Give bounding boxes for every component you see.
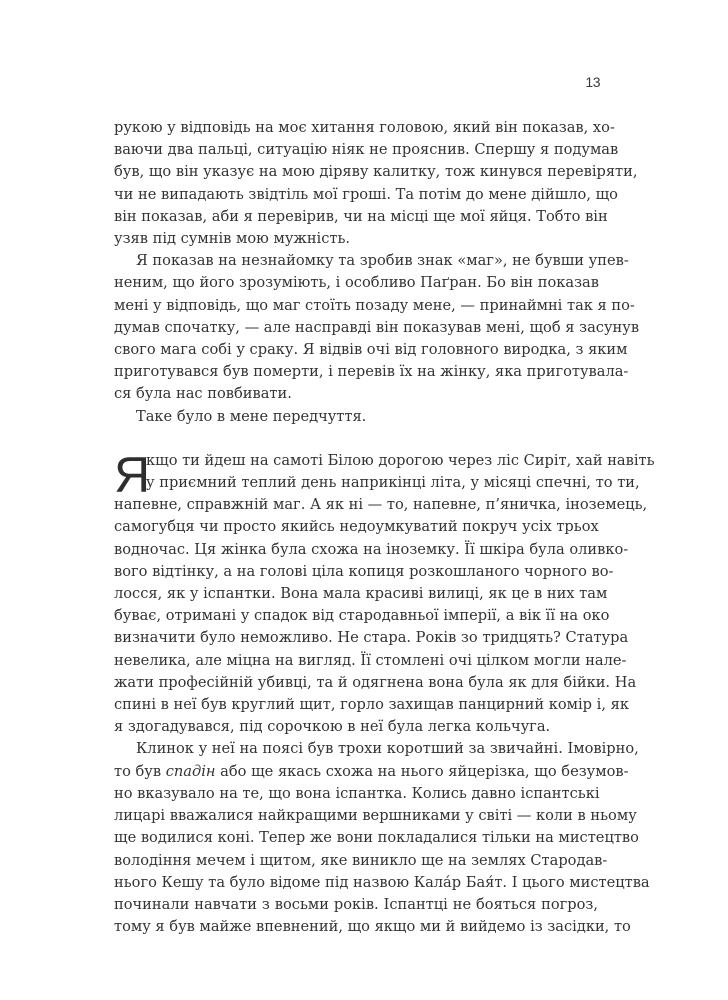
text-line: у приємний теплий день наприкінці літа, … xyxy=(114,472,598,494)
text-line: кщо ти йдеш на самоті Білою дорогою чере… xyxy=(114,450,598,472)
text-line: буває, отримані у спадок від стародавньо… xyxy=(114,605,598,627)
text-line: неним, що його зрозуміють, і особливо Па… xyxy=(114,272,598,294)
paragraph-3: Таке було в мене передчуття. xyxy=(114,406,598,428)
book-page: 13 рукою у відповідь на моє хитання голо… xyxy=(0,0,728,1000)
text-line: напевне, справжній маг. А як ні — то, на… xyxy=(114,494,598,516)
body-text: рукою у відповідь на моє хитання головою… xyxy=(114,117,598,938)
paragraph-1: рукою у відповідь на моє хитання головою… xyxy=(114,117,598,250)
text-line: я здогадувався, під сорочкою в неї була … xyxy=(114,716,598,738)
text-line: жати професійній убивці, та й одягнена в… xyxy=(114,672,598,694)
text-line: ся була нас повбивати. xyxy=(114,383,598,405)
text-line: володіння мечем і щитом, яке виникло ще … xyxy=(114,850,598,872)
text-line: починали навчати з восьми років. Іспантц… xyxy=(114,894,598,916)
text-line: Клинок у неї на поясі був трохи коротший… xyxy=(114,738,598,760)
text-line: чи не випадають звідтіль мої гроші. Та п… xyxy=(114,184,598,206)
text-line: ще водилися коні. Тепер же вони покладал… xyxy=(114,827,598,849)
drop-cap: Я xyxy=(114,453,150,497)
text-run: або ще якась схожа на нього яйцерізка, щ… xyxy=(216,763,629,780)
text-line: спині в неї був круглий щит, горло захищ… xyxy=(114,694,598,716)
text-line: вого відтінку, а на голові ціла копиця р… xyxy=(114,561,598,583)
text-line: мені у відповідь, що маг стоїть позаду м… xyxy=(114,295,598,317)
paragraph-2: Я показав на незнайомку та зробив знак «… xyxy=(114,250,598,405)
paragraph-4: Я кщо ти йдеш на самоті Білою дорогою че… xyxy=(114,450,598,739)
paragraph-5: Клинок у неї на поясі був трохи коротший… xyxy=(114,738,598,938)
text-line: приготувався був померти, і перевів їх н… xyxy=(114,361,598,383)
text-line: лосся, як у іспантки. Вона мала красиві … xyxy=(114,583,598,605)
text-line: свого мага собі у сраку. Я відвів очі ві… xyxy=(114,339,598,361)
text-line: він показав, аби я перевірив, чи на місц… xyxy=(114,206,598,228)
text-line: Я показав на незнайомку та зробив знак «… xyxy=(114,250,598,272)
text-line: лицарі вважалися найкращими вершниками у… xyxy=(114,805,598,827)
text-run: то був xyxy=(114,763,166,780)
page-number: 13 xyxy=(580,74,600,90)
section-break xyxy=(114,428,598,450)
text-line-with-italic: то був спадін або ще якась схожа на ньог… xyxy=(114,761,598,783)
text-line: тому я був майже впевнений, що якщо ми й… xyxy=(114,916,598,938)
text-line: Таке було в мене передчуття. xyxy=(114,406,598,428)
text-line: рукою у відповідь на моє хитання головою… xyxy=(114,117,598,139)
text-line: нього Кешу та було відоме під назвою Кал… xyxy=(114,872,598,894)
text-line: водночас. Ця жінка була схожа на іноземк… xyxy=(114,539,598,561)
text-line: самогубця чи просто якийсь недоумкуватий… xyxy=(114,516,598,538)
text-line: узяв під сумнів мою мужність. xyxy=(114,228,598,250)
text-line: ваючи два пальці, ситуацію ніяк не прояс… xyxy=(114,139,598,161)
text-line: був, що він указує на мою діряву калитку… xyxy=(114,161,598,183)
text-line: невелика, але міцна на вигляд. Її стомле… xyxy=(114,650,598,672)
text-line: визначити було неможливо. Не стара. Рокі… xyxy=(114,627,598,649)
text-line: думав спочатку, — але насправді він пока… xyxy=(114,317,598,339)
italic-term: спадін xyxy=(166,763,216,780)
text-line: но вказувало на те, що вона іспантка. Ко… xyxy=(114,783,598,805)
